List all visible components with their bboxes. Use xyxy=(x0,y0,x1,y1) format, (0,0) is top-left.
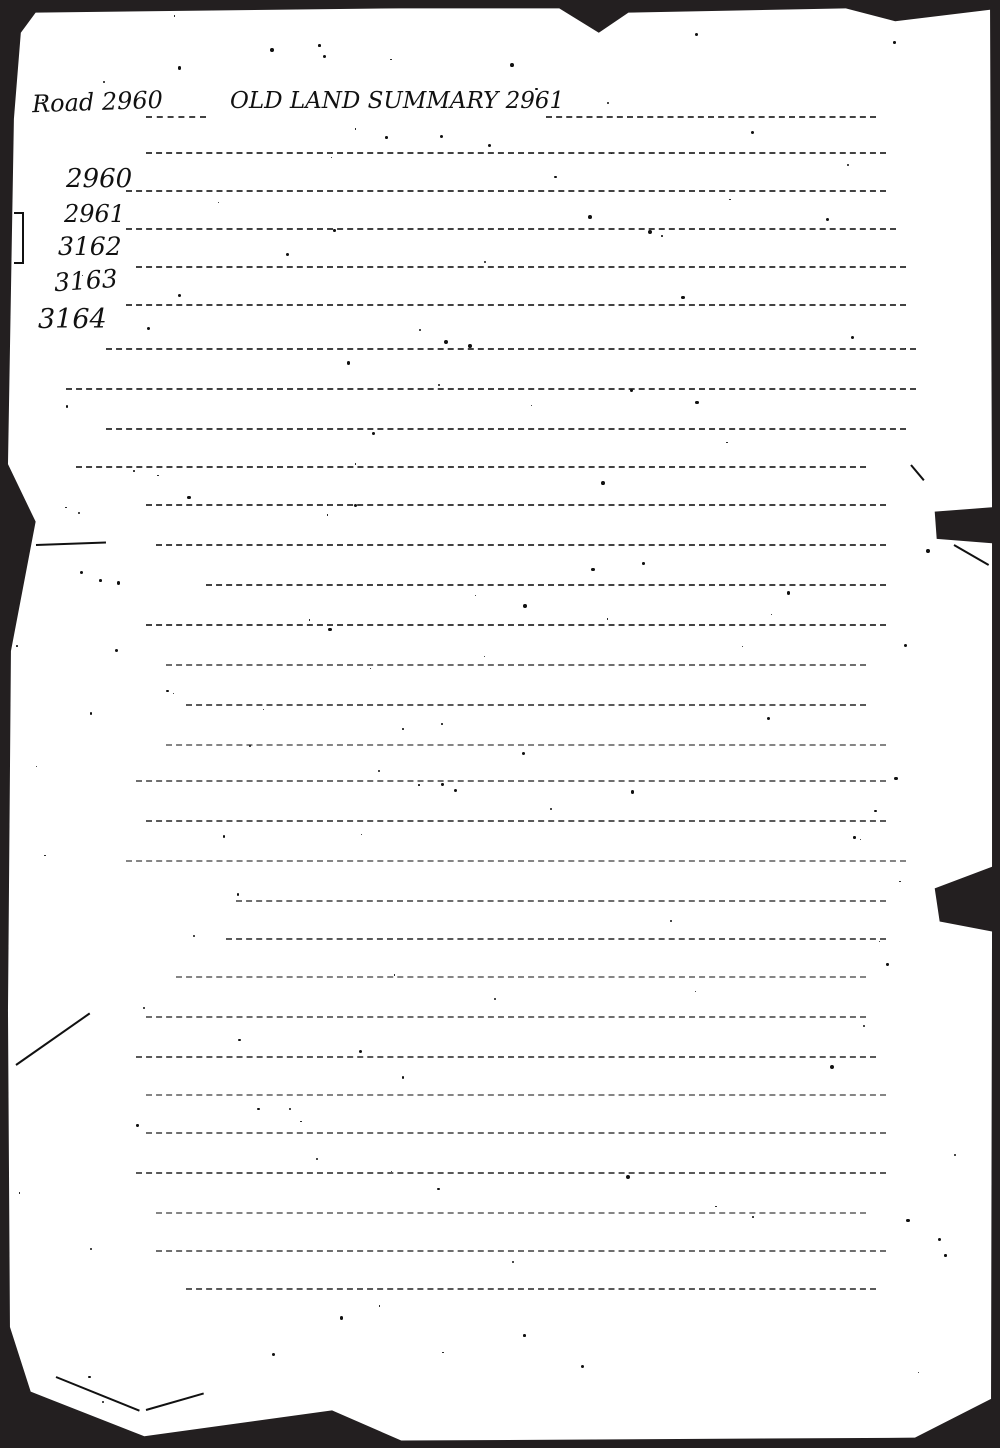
ruled-line xyxy=(106,348,916,350)
speck xyxy=(36,766,37,767)
speck xyxy=(19,1192,21,1194)
speck xyxy=(648,230,652,234)
speck xyxy=(263,709,264,710)
speck xyxy=(391,1171,392,1172)
speck xyxy=(66,405,68,407)
ruled-line xyxy=(66,388,916,390)
speck xyxy=(726,442,728,444)
ruled-line xyxy=(146,624,886,626)
speck xyxy=(475,595,476,596)
speck xyxy=(642,562,645,565)
speck xyxy=(270,48,274,52)
ruled-line xyxy=(136,1056,876,1058)
speck xyxy=(178,66,181,69)
speck xyxy=(328,628,332,632)
ruled-line xyxy=(186,704,866,706)
speck xyxy=(157,475,158,476)
speck xyxy=(729,199,731,201)
speck xyxy=(751,131,754,134)
ruled-line xyxy=(126,304,906,306)
speck xyxy=(494,998,496,1000)
ruled-line xyxy=(126,228,896,230)
speck xyxy=(512,1261,514,1263)
speck xyxy=(661,235,663,237)
speck xyxy=(379,1305,380,1306)
speck xyxy=(695,33,698,36)
speck xyxy=(581,1365,584,1368)
speck xyxy=(488,144,491,147)
speck xyxy=(327,514,328,515)
speck xyxy=(626,1175,630,1179)
ruled-line xyxy=(136,780,886,782)
entry-label: 3164 xyxy=(38,304,107,335)
speck xyxy=(418,784,420,786)
speck xyxy=(904,644,907,647)
speck xyxy=(826,218,829,221)
speck xyxy=(133,470,135,472)
ruled-line xyxy=(206,584,886,586)
margin-bracket xyxy=(14,212,24,264)
speck xyxy=(631,790,634,793)
speck xyxy=(402,1076,405,1079)
speck xyxy=(893,41,896,44)
crease-line xyxy=(36,542,106,546)
entry-label: 2961 xyxy=(64,200,125,228)
speck xyxy=(117,581,121,585)
ruled-line xyxy=(126,190,886,192)
ruled-line xyxy=(186,1288,876,1290)
speck xyxy=(454,789,457,792)
speck xyxy=(853,836,855,838)
speck xyxy=(333,229,336,232)
speck xyxy=(860,839,861,840)
speck xyxy=(354,504,357,507)
speck xyxy=(347,361,351,365)
ruled-line xyxy=(146,152,886,154)
speck xyxy=(938,1238,941,1241)
speck xyxy=(863,1025,865,1027)
speck xyxy=(323,55,326,58)
ruled-line xyxy=(166,664,866,666)
speck xyxy=(601,481,605,485)
crease-line xyxy=(146,1393,204,1411)
header-rule-left xyxy=(146,116,206,118)
speck xyxy=(90,1248,92,1250)
speck xyxy=(874,810,876,812)
speck xyxy=(440,135,444,139)
speck xyxy=(65,507,67,509)
speck xyxy=(44,855,46,857)
entry-label: 2960 xyxy=(66,164,132,194)
ruled-line xyxy=(146,504,886,506)
speck xyxy=(237,893,239,895)
speck xyxy=(742,646,743,647)
speck xyxy=(523,1334,526,1337)
speck xyxy=(272,1353,275,1356)
speck xyxy=(484,656,485,657)
speck xyxy=(147,327,150,330)
speck xyxy=(286,253,289,256)
entry-label: 3162 xyxy=(58,232,122,261)
ruled-line xyxy=(76,466,866,468)
entry-label: 3163 xyxy=(53,264,118,297)
speck xyxy=(787,591,791,595)
speck xyxy=(402,728,404,730)
speck xyxy=(944,1254,946,1256)
speck xyxy=(136,1124,138,1126)
crease-line xyxy=(15,1013,90,1066)
speck xyxy=(695,991,696,992)
speck xyxy=(438,384,440,386)
header-rule-right xyxy=(546,116,876,118)
speck xyxy=(82,275,83,276)
speck xyxy=(715,1206,716,1207)
speck xyxy=(318,44,321,47)
ruled-line xyxy=(226,938,886,940)
speck xyxy=(468,344,472,348)
speck xyxy=(300,1121,302,1123)
ruled-line xyxy=(156,1212,866,1214)
speck xyxy=(441,723,443,725)
speck xyxy=(361,834,362,835)
speck xyxy=(370,668,371,669)
speck xyxy=(591,568,595,572)
speck xyxy=(419,329,421,331)
speck xyxy=(174,15,175,16)
speck xyxy=(359,1050,362,1053)
ruled-line xyxy=(136,1172,886,1174)
speck xyxy=(372,432,375,435)
speck xyxy=(218,202,219,203)
speck xyxy=(257,1108,259,1110)
crease-line xyxy=(954,544,990,566)
speck xyxy=(752,1216,754,1218)
speck xyxy=(630,389,633,392)
ruled-line xyxy=(146,1094,886,1096)
speck xyxy=(390,59,392,61)
speck xyxy=(316,1158,318,1160)
speck xyxy=(355,463,357,465)
speck xyxy=(441,783,443,785)
speck xyxy=(249,745,251,747)
speck xyxy=(899,881,900,882)
speck xyxy=(309,619,310,620)
header-road-number: Road 2960 xyxy=(32,86,164,119)
ruled-line xyxy=(106,428,906,430)
speck xyxy=(378,770,380,772)
speck xyxy=(588,215,592,219)
speck xyxy=(340,1316,343,1319)
ruled-line xyxy=(136,266,906,268)
ruled-line xyxy=(176,976,866,978)
speck xyxy=(523,604,527,608)
ruled-line xyxy=(146,820,886,822)
speck xyxy=(607,618,609,620)
speck xyxy=(78,512,80,514)
speck xyxy=(926,549,930,553)
speck xyxy=(331,157,332,158)
speck xyxy=(670,920,672,922)
speck xyxy=(355,128,356,129)
speck xyxy=(80,571,83,574)
speck xyxy=(193,935,195,937)
speck xyxy=(531,405,532,406)
ruled-line xyxy=(126,860,906,862)
speck xyxy=(954,1154,956,1156)
speck xyxy=(444,340,448,344)
ruled-line xyxy=(146,1132,886,1134)
speck xyxy=(767,717,770,720)
speck xyxy=(918,1372,919,1373)
ruled-line xyxy=(156,544,886,546)
speck xyxy=(554,176,556,178)
ruled-line xyxy=(236,900,886,902)
speck xyxy=(607,102,609,104)
speck xyxy=(238,1039,240,1041)
speck xyxy=(886,963,888,965)
speck xyxy=(611,153,612,154)
crease-line xyxy=(56,1376,140,1412)
speck xyxy=(166,690,168,692)
speck xyxy=(510,63,514,67)
speck xyxy=(437,1188,439,1190)
ruled-line xyxy=(146,1016,866,1018)
speck xyxy=(894,777,897,780)
speck xyxy=(16,645,18,647)
speck xyxy=(771,614,772,615)
speck xyxy=(522,752,525,755)
speck xyxy=(115,649,118,652)
speck xyxy=(103,81,105,83)
speck xyxy=(695,401,698,404)
speck xyxy=(830,1065,834,1069)
speck xyxy=(90,712,93,715)
speck xyxy=(484,261,487,264)
speck xyxy=(879,941,880,942)
speck xyxy=(173,693,174,694)
speck xyxy=(143,1007,146,1010)
ruled-line xyxy=(166,744,886,746)
binding-tab xyxy=(0,206,8,258)
speck xyxy=(550,808,552,810)
crease-line xyxy=(910,464,924,481)
ruled-line xyxy=(156,1250,886,1252)
speck xyxy=(906,1219,910,1223)
speck xyxy=(187,496,190,499)
speck xyxy=(289,1108,291,1110)
speck xyxy=(847,164,849,166)
scanned-page: Road 2960 OLD LAND SUMMARY 2961 2960 296… xyxy=(6,4,994,1442)
speck xyxy=(99,579,102,582)
speck xyxy=(88,1376,90,1378)
header-title: OLD LAND SUMMARY 2961 xyxy=(230,88,564,114)
speck xyxy=(442,1352,443,1353)
speck xyxy=(223,835,226,838)
speck xyxy=(851,336,854,339)
speck xyxy=(178,294,181,297)
speck xyxy=(385,136,388,139)
speck xyxy=(102,1401,104,1403)
speck xyxy=(681,296,684,299)
